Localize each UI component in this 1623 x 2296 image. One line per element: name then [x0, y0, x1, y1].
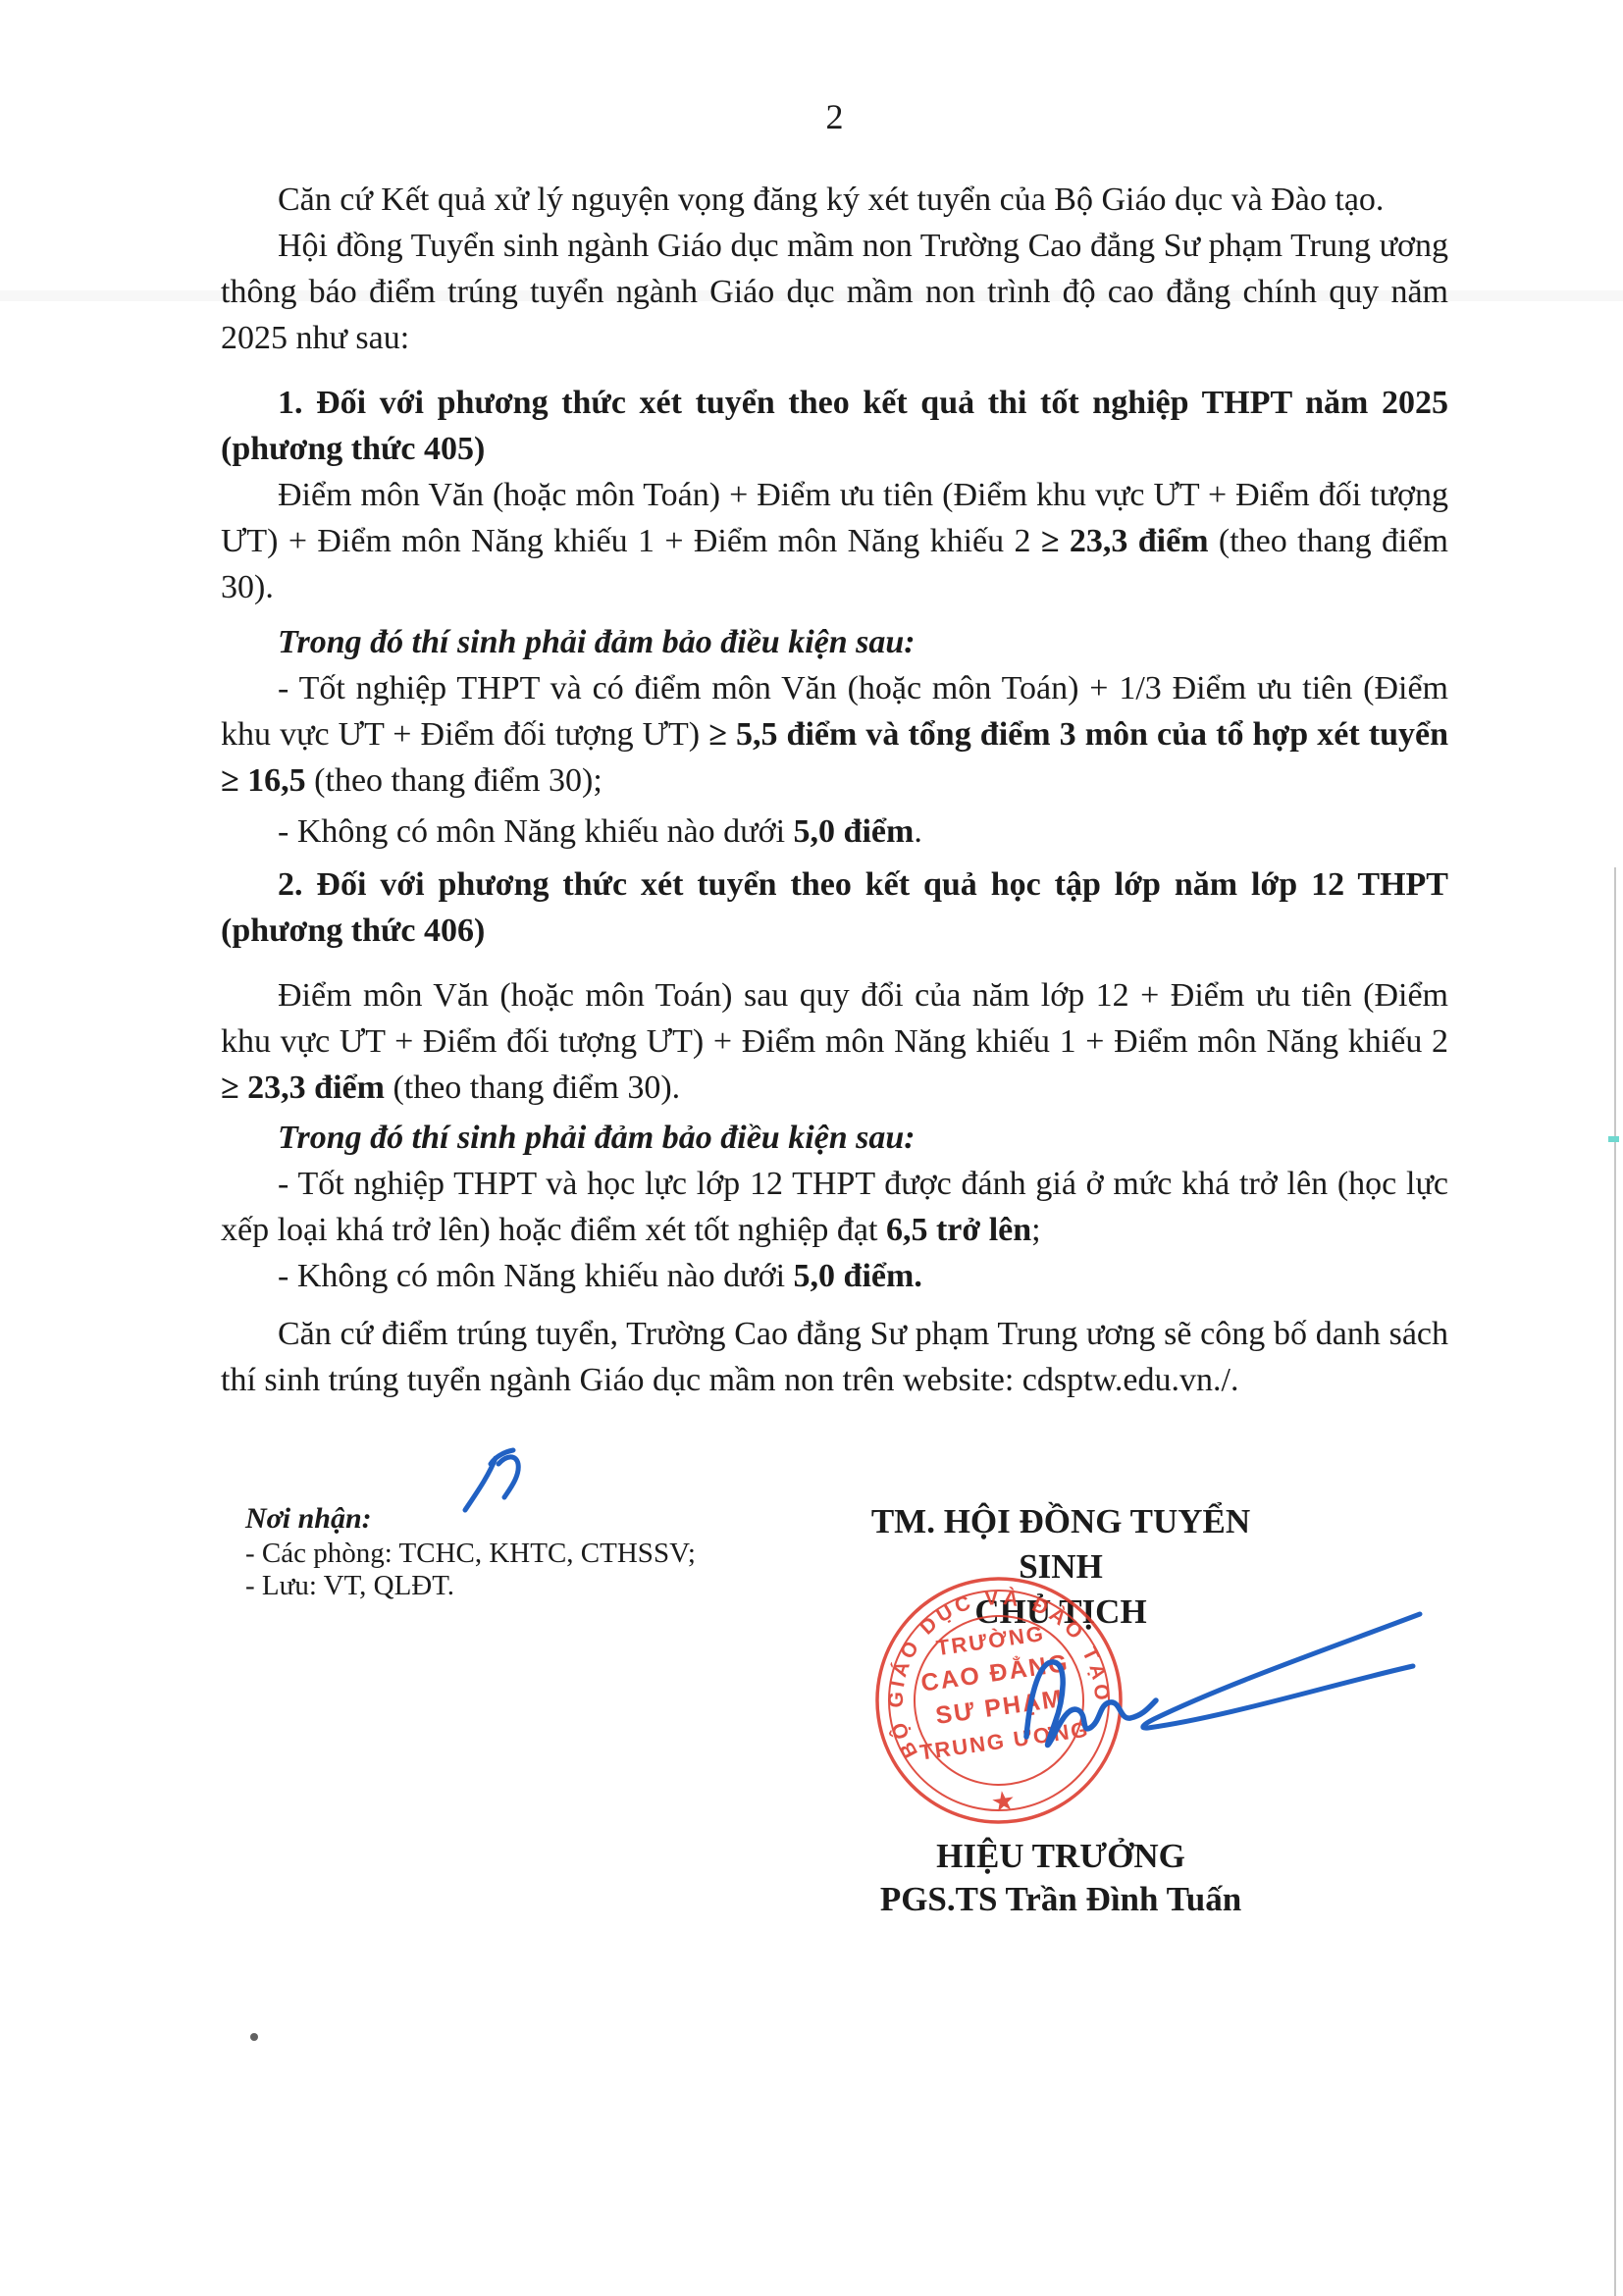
stamp-star-icon: ★ — [989, 1785, 1018, 1818]
paragraph-dieu-kien-405: Trong đó thí sinh phải đảm bảo điều kiện… — [221, 619, 1448, 665]
paragraph-gach-dau-dong-405-2: - Không có môn Năng khiếu nào dưới 5,0 đ… — [221, 809, 1448, 855]
recipient-item-luu: - Lưu: VT, QLĐT. — [245, 1570, 696, 1602]
recipients-title: Nơi nhận: — [245, 1502, 696, 1535]
paragraph-gach-dau-dong-405-1: - Tốt nghiệp THPT và có điểm môn Văn (ho… — [221, 665, 1448, 804]
official-stamp: BỘ GIÁO DỤC VÀ ĐÀO TẠO TRƯỜNG CAO ĐẲNG S… — [852, 1553, 1146, 1848]
document-page: 2 Căn cứ Kết quả xử lý nguyện vọng đăng … — [0, 0, 1623, 2296]
rector-name: PGS.TS Trần Đình Tuấn — [840, 1878, 1282, 1921]
paragraph-cong-thuc-406: Điểm môn Văn (hoặc môn Toán) sau quy đổi… — [221, 972, 1448, 1111]
document-body: 2 Căn cứ Kết quả xử lý nguyện vọng đăng … — [221, 94, 1448, 1403]
recipients-block: Nơi nhận: - Các phòng: TCHC, KHTC, CTHSS… — [245, 1502, 696, 1602]
paragraph-dieu-kien-406: Trong đó thí sinh phải đảm bảo điều kiện… — [221, 1115, 1448, 1161]
ink-dot-artifact — [250, 2033, 258, 2041]
paragraph-can-cu-nguyen-vong: Căn cứ Kết quả xử lý nguyện vọng đăng ký… — [221, 177, 1448, 223]
page-number: 2 — [221, 94, 1448, 140]
scan-vertical-line-artifact — [1614, 867, 1616, 2296]
paragraph-gach-dau-dong-406-2: - Không có môn Năng khiếu nào dưới 5,0 đ… — [221, 1253, 1448, 1299]
paragraph-hoi-dong-thong-bao: Hội đồng Tuyển sinh ngành Giáo dục mầm n… — [221, 223, 1448, 361]
initial-mark — [465, 1450, 518, 1510]
paragraph-gach-dau-dong-406-1: - Tốt nghiệp THPT và học lực lớp 12 THPT… — [221, 1161, 1448, 1253]
heading-phuong-thuc-405: 1. Đối với phương thức xét tuyển theo kế… — [221, 380, 1448, 472]
scan-teal-mark-artifact — [1608, 1136, 1619, 1142]
heading-phuong-thuc-406: 2. Đối với phương thức xét tuyển theo kế… — [221, 861, 1448, 954]
rector-block: HIỆU TRƯỞNG PGS.TS Trần Đình Tuấn — [840, 1835, 1282, 1921]
recipient-item-phong: - Các phòng: TCHC, KHTC, CTHSSV; — [245, 1538, 696, 1570]
paragraph-cong-bo-website: Căn cứ điểm trúng tuyển, Trường Cao đẳng… — [221, 1311, 1448, 1403]
paragraph-cong-thuc-405: Điểm môn Văn (hoặc môn Toán) + Điểm ưu t… — [221, 472, 1448, 610]
